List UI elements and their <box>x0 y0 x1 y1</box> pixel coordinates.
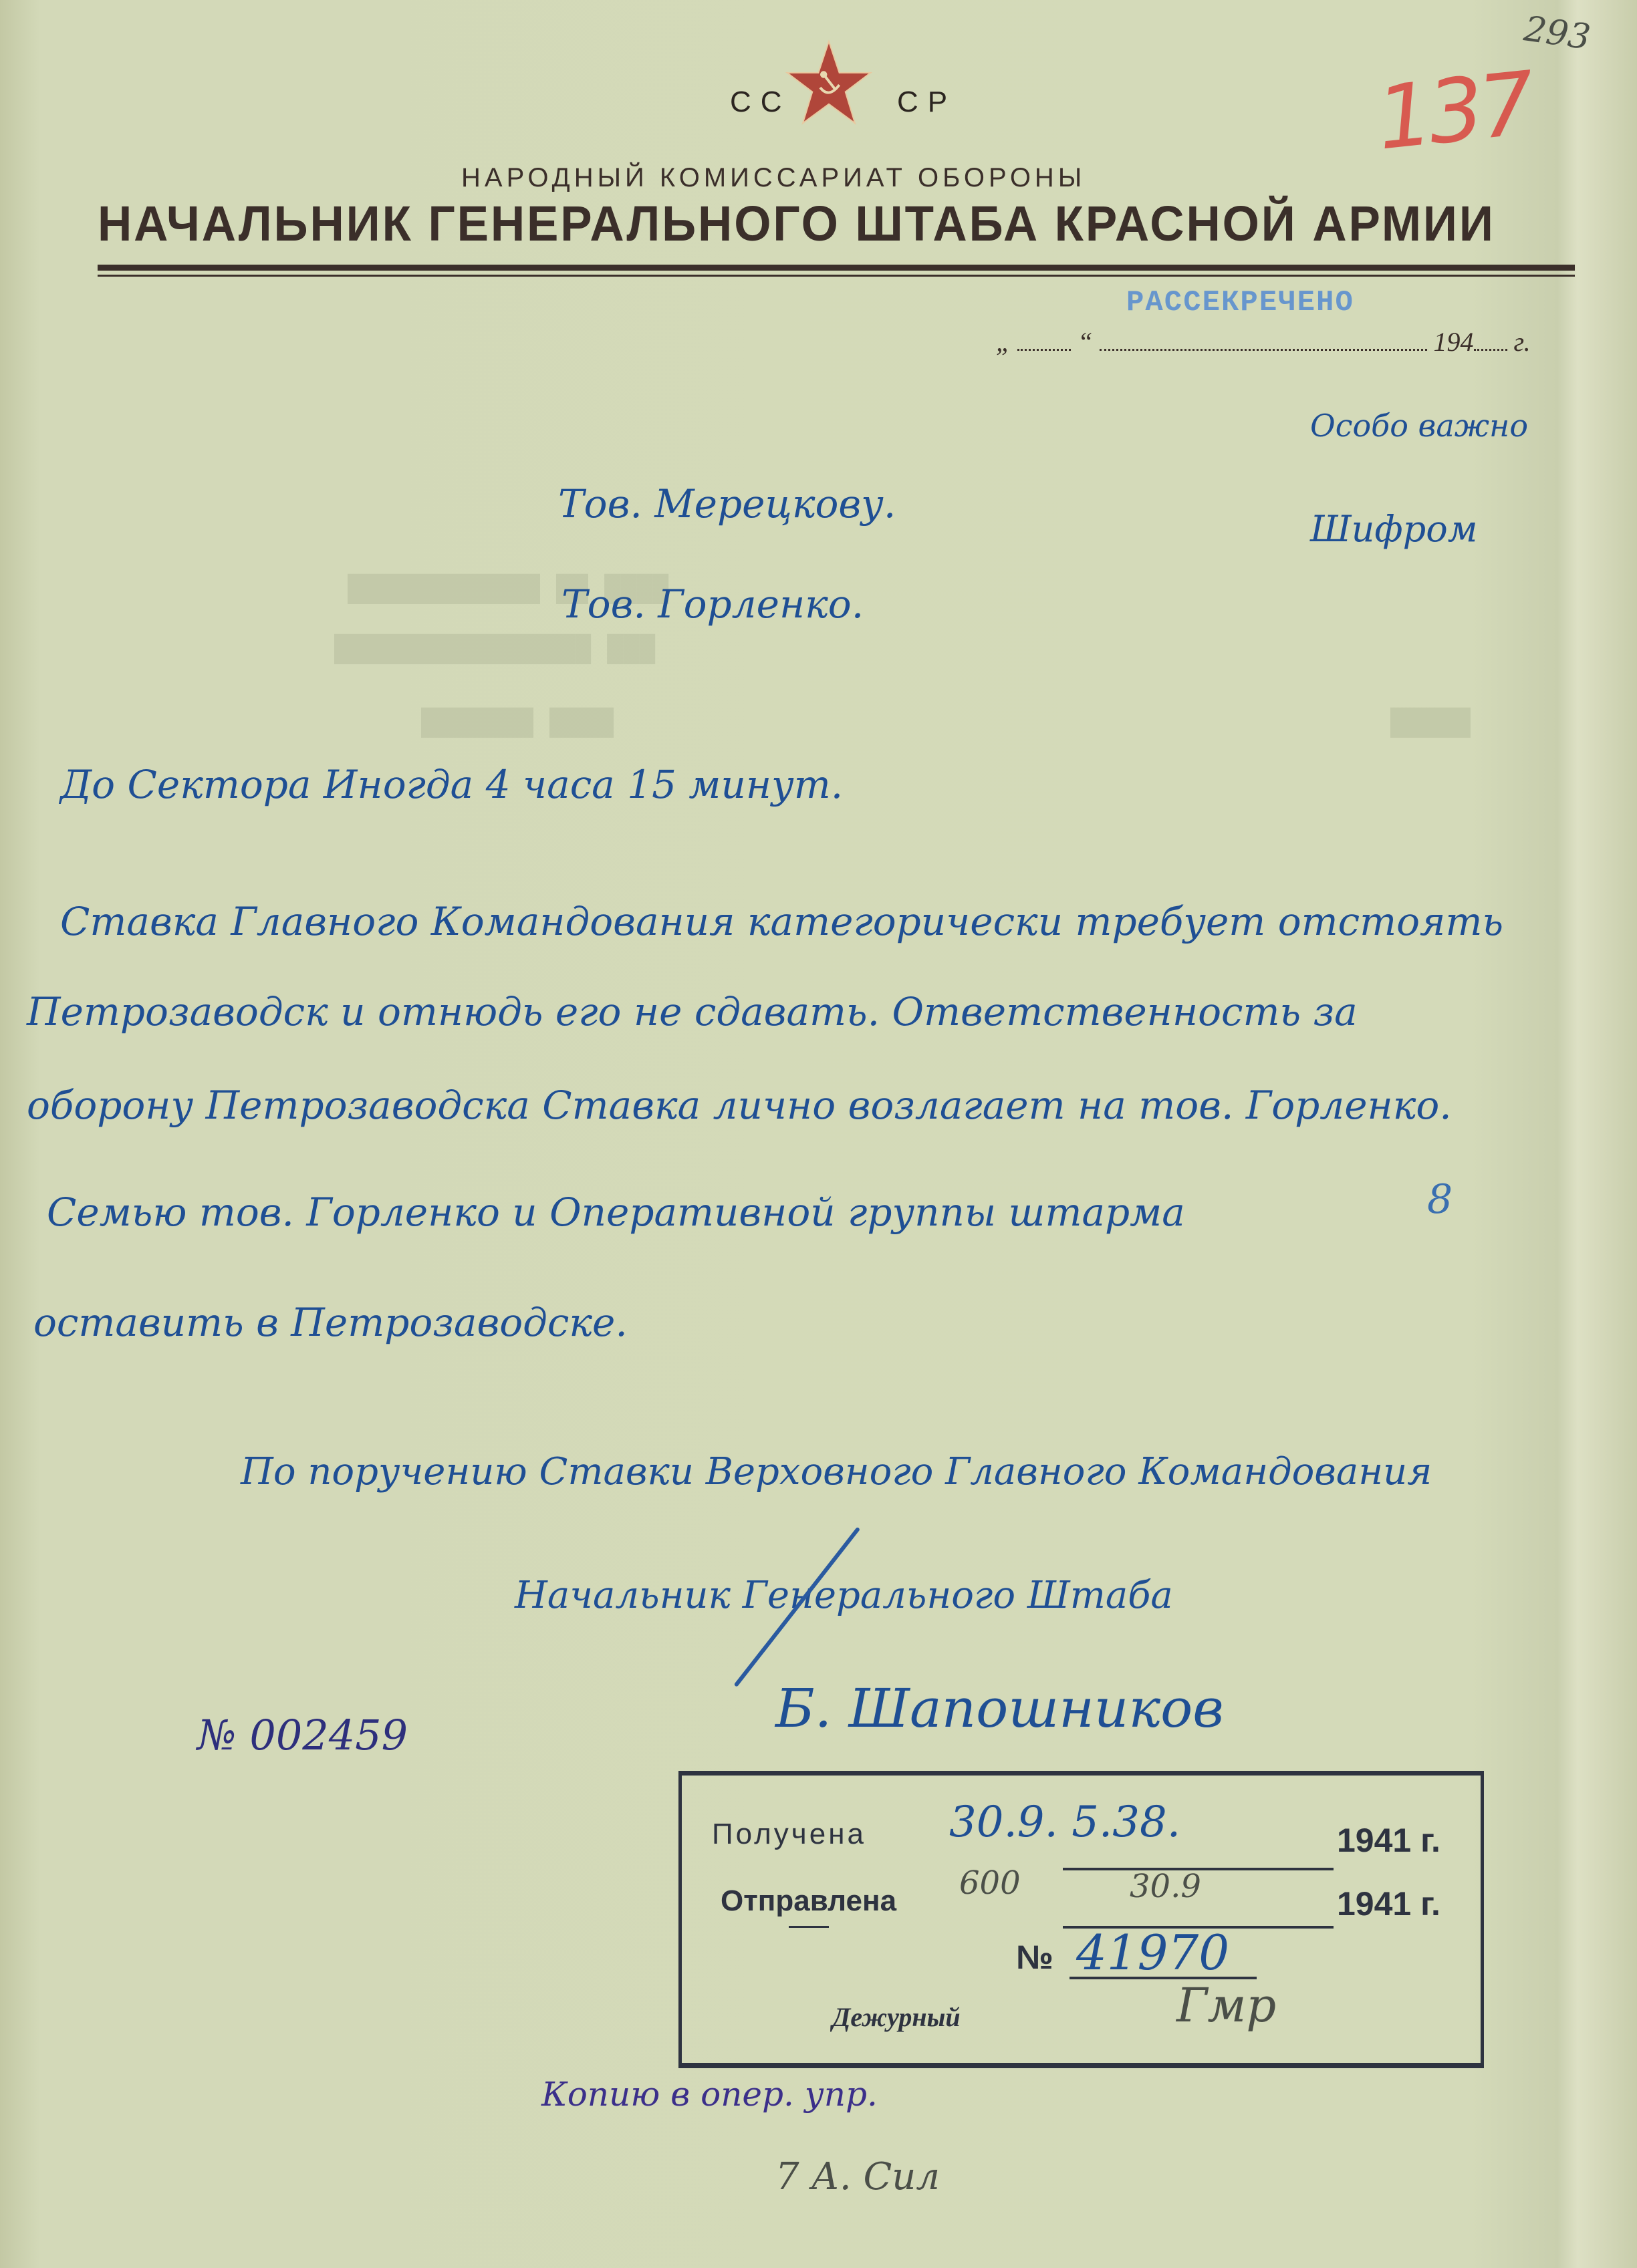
stamp-duty-label: Дежурный <box>832 2001 961 2033</box>
bleed-through-text: ███ ████████████████ <box>334 635 655 665</box>
date-year-prefix: 194 <box>1434 327 1474 357</box>
stamp-rule <box>789 1926 829 1928</box>
stamp-received-value: 30.9. 5.38. <box>949 1798 1180 1847</box>
resolution-urgency: Особо важно <box>1310 408 1528 444</box>
archive-page-number: 293 <box>1521 9 1593 57</box>
body-line: Петрозаводск и отнюдь его не сдавать. От… <box>27 989 1358 1034</box>
letterhead-title: НАЧАЛЬНИК ГЕНЕРАЛЬНОГО ШТАБА КРАСНОЙ АРМ… <box>98 195 1495 252</box>
stamp-sent-label: Отправлена <box>721 1884 896 1918</box>
bleed-through-text: ████ ███████ <box>421 708 614 738</box>
stamp-received-year: 1941 г. <box>1337 1821 1440 1860</box>
stamp-number-value: 41970 <box>1076 1925 1229 1981</box>
red-star-hammer-sickle-icon <box>785 35 872 132</box>
bleed-through-text: █████ <box>1390 708 1471 738</box>
signature: Б. Шапошников <box>775 1677 1224 1739</box>
body-line: оставить в Петрозаводске. <box>33 1300 628 1345</box>
commissariat-heading: НАРОДНЫЙ КОМИССАРИАТ ОБОРОНЫ <box>461 163 1086 193</box>
stamp-duty-signature: Гмр <box>1176 1978 1276 2033</box>
letterhead-rule-thick <box>98 265 1575 271</box>
stamp-received-label: Получена <box>712 1818 866 1851</box>
date-month-blank <box>1100 345 1427 351</box>
date-open-quote: „ <box>996 327 1011 357</box>
date-year-suffix: г. <box>1514 327 1531 357</box>
date-close-quote: “ <box>1078 327 1092 357</box>
closing-authority: По поручению Ставки Верховного Главного … <box>241 1450 1432 1494</box>
addressee-gorlenko: Тов. Горленко. <box>561 581 864 627</box>
document-number: № 002459 <box>197 1711 408 1759</box>
red-pencil-mark: 137 <box>1372 52 1536 169</box>
body-line: Семью тов. Горленко и Оперативной группы… <box>47 1189 1185 1235</box>
stamp-sent-year: 1941 г. <box>1337 1884 1440 1923</box>
copy-routing-note: Копию в опер. упр. <box>541 2075 878 2114</box>
stamp-number-label: № <box>1016 1938 1053 1977</box>
stamp-sent-hour: 600 <box>959 1864 1021 1902</box>
stamp-sent-date: 30.9 <box>1130 1868 1201 1905</box>
army-pencil-note: 7 А. Сил <box>775 2155 940 2199</box>
ussr-abbrev-right: СР <box>897 86 957 119</box>
body-line: До Сектора Иногда 4 часа 15 минут. <box>60 762 843 807</box>
resolution-cipher: Шифром <box>1310 508 1478 550</box>
closing-position: Начальник Генерального Штаба <box>515 1574 1173 1617</box>
margin-mark: 8 <box>1427 1176 1453 1223</box>
addressee-meretskov: Тов. Мерецкову. <box>558 481 896 527</box>
date-year-blank <box>1474 345 1507 351</box>
ussr-abbrev-left: СС <box>730 86 791 119</box>
letterhead-rule-thin <box>98 275 1575 277</box>
declassified-stamp: РАССЕКРЕЧЕНО <box>1126 286 1354 319</box>
date-line: „ “ 194 г. <box>996 326 1531 358</box>
body-line: Ставка Главного Командования категоричес… <box>60 899 1503 944</box>
body-line: оборону Петрозаводска Ставка лично возла… <box>27 1083 1452 1128</box>
date-day-blank <box>1017 345 1071 351</box>
